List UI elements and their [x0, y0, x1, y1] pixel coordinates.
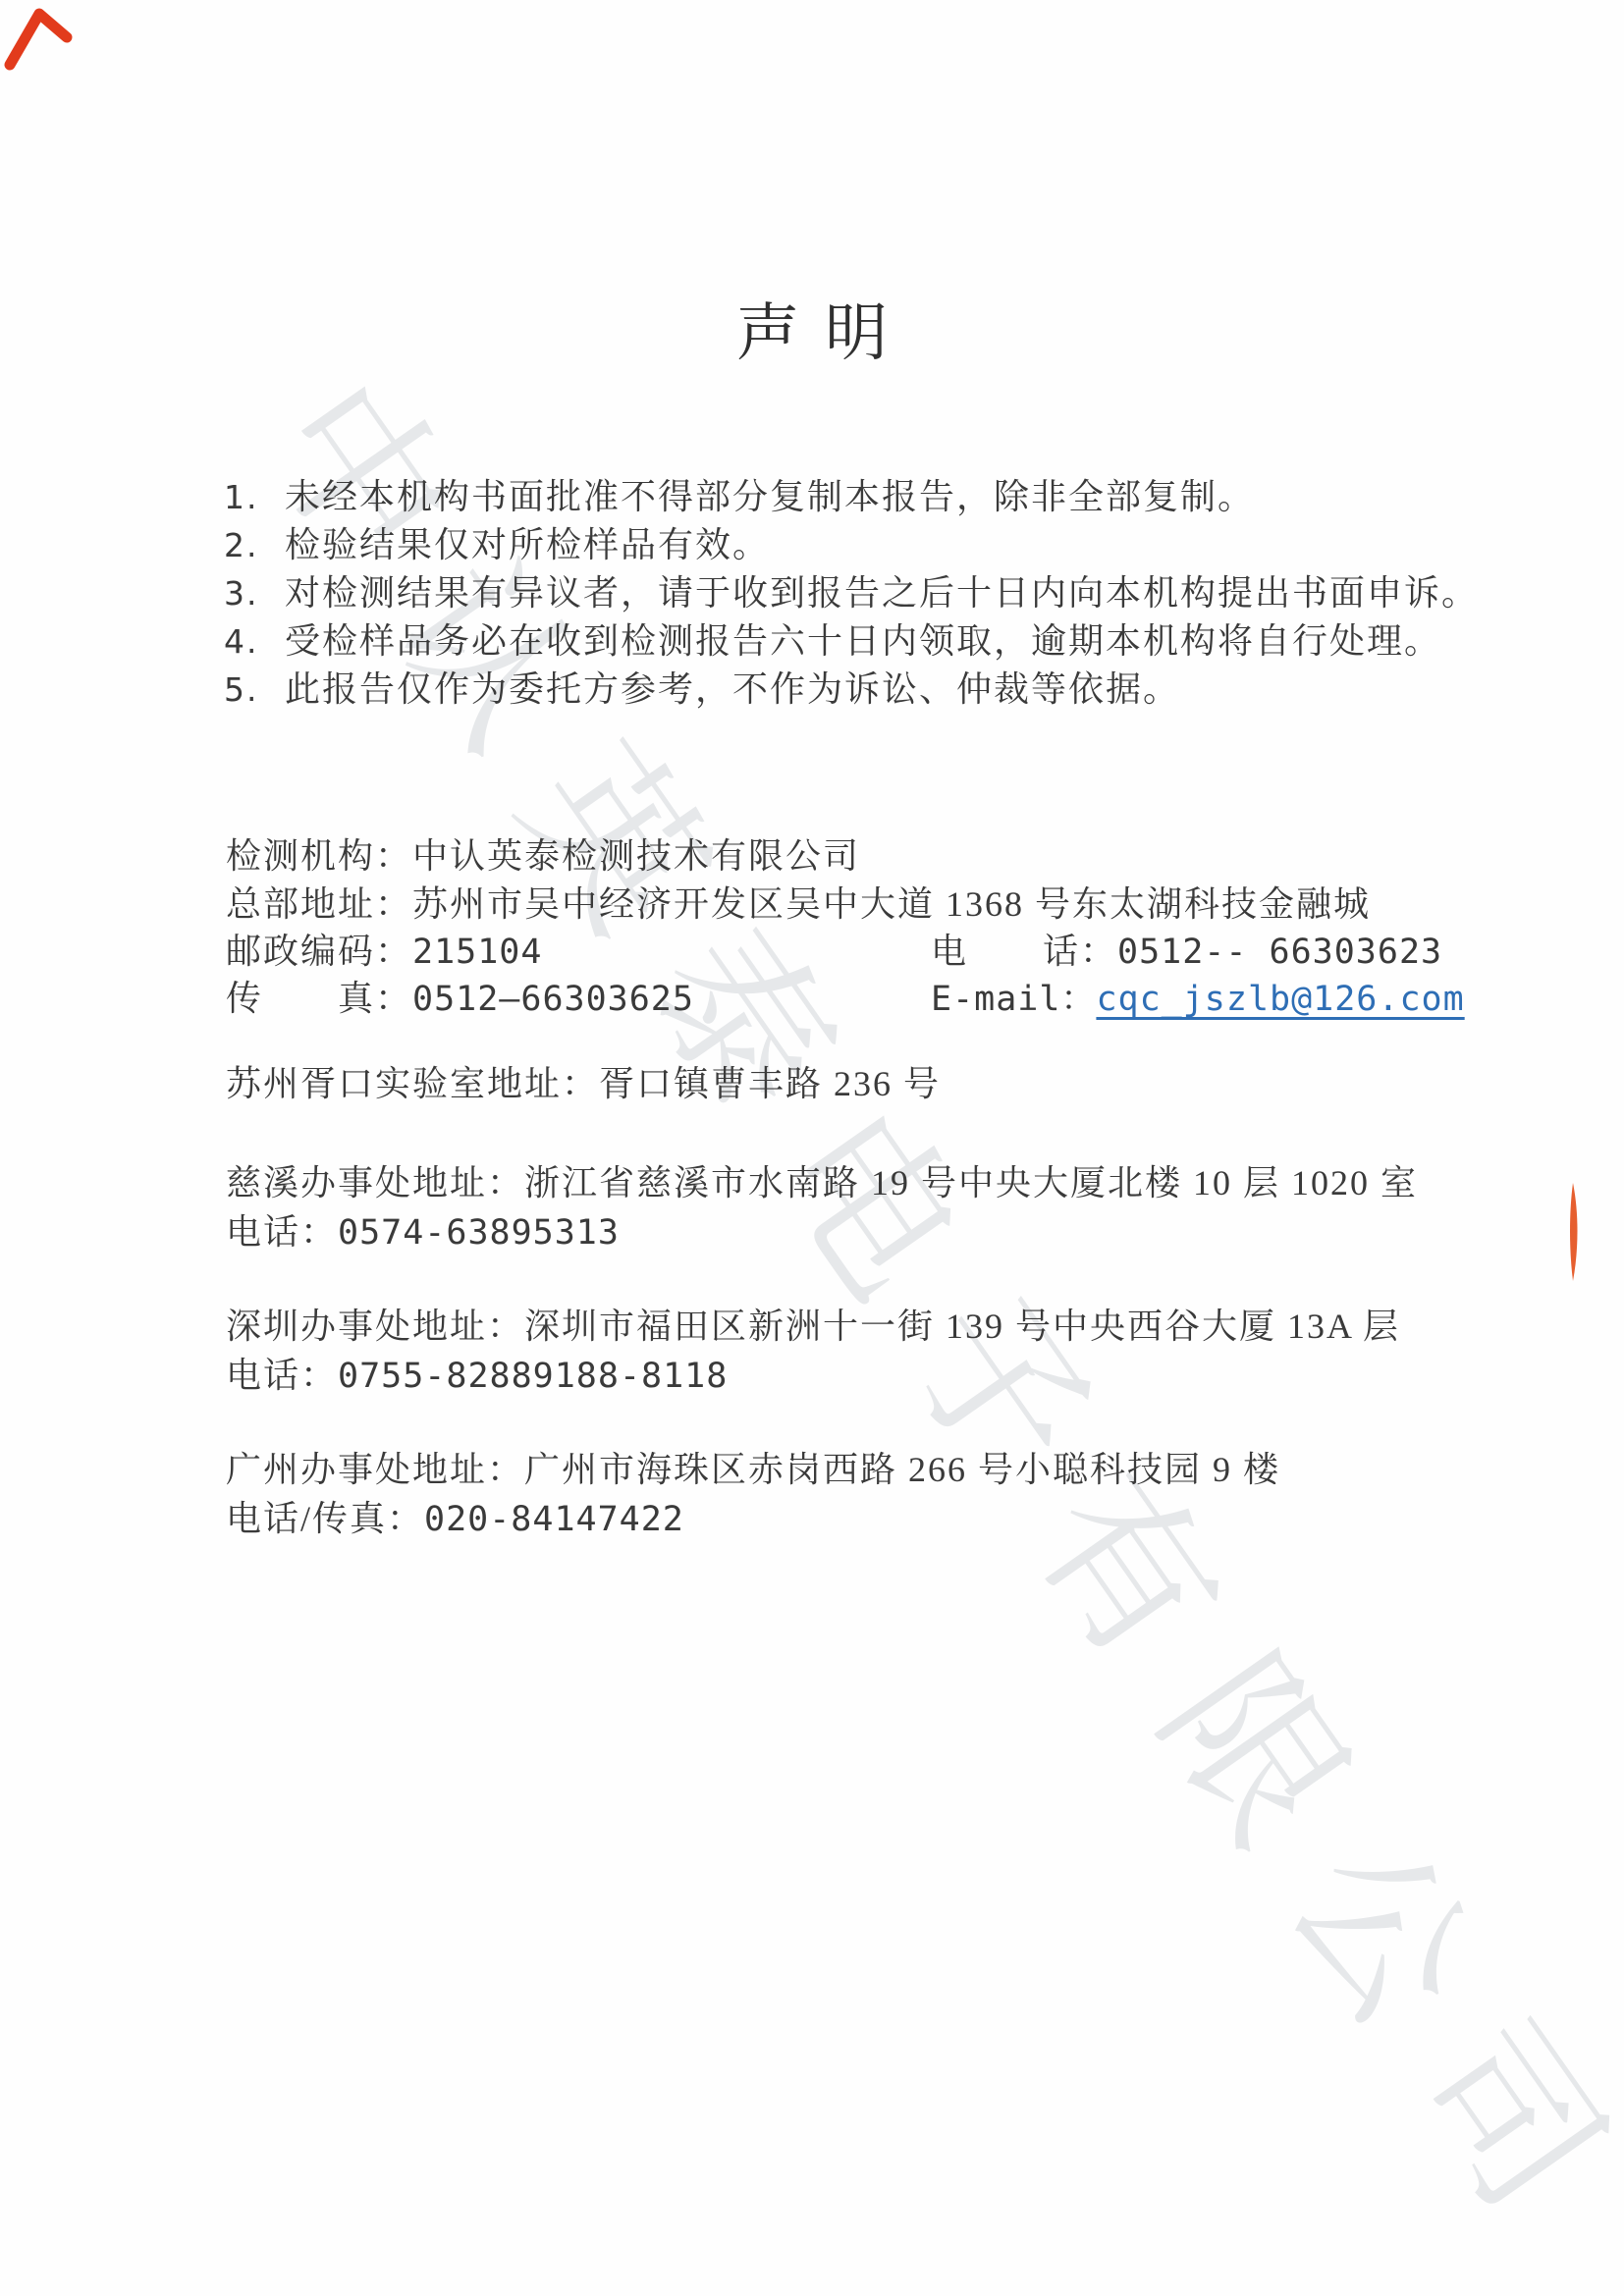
statement-item: 3. 对检测结果有异议者，请于收到报告之后十日内向本机构提出书面申诉。: [224, 569, 1479, 617]
statement-number: 5.: [224, 666, 285, 714]
office-cixi-tel-value: 0574-63895313: [338, 1213, 620, 1253]
agency-org-line: 检测机构：中认英泰检测技术有限公司: [226, 832, 860, 880]
statement-text: 检验结果仅对所检样品有效。: [285, 521, 770, 569]
agency-fax-value: 0512—66303625: [412, 980, 694, 1019]
agency-phone-label: 电 话：: [931, 932, 1117, 971]
agency-org-value: 中认英泰检测技术有限公司: [412, 836, 860, 876]
office-cixi-tel-line: 电话：0574-63895313: [226, 1208, 620, 1255]
statement-item: 5. 此报告仅作为委托方参考，不作为诉讼、仲裁等依据。: [224, 666, 1479, 714]
lab-address-value: 胥口镇曹丰路 236 号: [599, 1064, 941, 1103]
statement-item: 4. 受检样品务必在收到检测报告六十日内领取，逾期本机构将自行处理。: [224, 617, 1479, 666]
agency-phone-line: 电 话：0512-- 66303623: [931, 928, 1442, 975]
agency-hq-line: 总部地址：苏州市吴中经济开发区吴中大道 1368 号东太湖科技金融城: [226, 881, 1371, 928]
agency-org-label: 检测机构：: [226, 836, 412, 876]
statements-list: 1. 未经本机构书面批准不得部分复制本报告，除非全部复制。 2. 检验结果仅对所…: [224, 473, 1479, 714]
office-shenzhen-tel-label: 电话：: [226, 1356, 338, 1395]
agency-postal-value: 215104: [412, 933, 542, 972]
office-cixi-tel-label: 电话：: [226, 1212, 338, 1252]
orange-edge-mark-icon: [1563, 1183, 1583, 1281]
office-shenzhen-address-label: 深圳办事处地址：: [226, 1307, 524, 1346]
agency-phone-value: 0512-- 66303623: [1117, 933, 1442, 972]
office-shenzhen-address-line: 深圳办事处地址：深圳市福田区新洲十一街 139 号中央西谷大厦 13A 层: [226, 1303, 1400, 1350]
office-cixi-address-line: 慈溪办事处地址：浙江省慈溪市水南路 19 号中央大厦北楼 10 层 1020 室: [226, 1159, 1418, 1206]
statement-number: 1.: [224, 473, 285, 521]
office-guangzhou-address-line: 广州办事处地址：广州市海珠区赤岗西路 266 号小聪科技园 9 楼: [226, 1446, 1280, 1493]
office-guangzhou-tel-line: 电话/传真：020-84147422: [226, 1495, 684, 1542]
statement-item: 2. 检验结果仅对所检样品有效。: [224, 521, 1479, 569]
agency-email-line: E-mail：cqc_jszlb@126.com: [931, 975, 1465, 1022]
office-guangzhou-tel-label: 电话/传真：: [226, 1499, 424, 1538]
office-guangzhou-address-value: 广州市海珠区赤岗西路 266 号小聪科技园 9 楼: [524, 1450, 1280, 1489]
agency-hq-label: 总部地址：: [226, 884, 412, 924]
agency-postal-line: 邮政编码：215104: [226, 928, 542, 975]
lab-address-line: 苏州胥口实验室地址：胥口镇曹丰路 236 号: [226, 1060, 941, 1107]
lab-address-label: 苏州胥口实验室地址：: [226, 1064, 599, 1103]
statement-text: 受检样品务必在收到检测报告六十日内领取，逾期本机构将自行处理。: [285, 617, 1441, 666]
statement-page: 中认英泰电子有限公司 声明 1. 未经本机构书面批准不得部分复制本报告，除非全部…: [0, 0, 1624, 2296]
office-cixi-address-label: 慈溪办事处地址：: [226, 1163, 524, 1202]
office-shenzhen-tel-value: 0755-82889188-8118: [338, 1357, 728, 1396]
office-shenzhen-tel-line: 电话：0755-82889188-8118: [226, 1352, 728, 1399]
agency-email-label: E-mail：: [931, 980, 1096, 1019]
agency-postal-label: 邮政编码：: [226, 932, 412, 971]
statement-number: 2.: [224, 521, 285, 569]
statement-number: 4.: [224, 617, 285, 666]
agency-fax-label: 传 真：: [226, 979, 412, 1018]
red-corner-mark-icon: [4, 4, 73, 73]
statement-text: 此报告仅作为委托方参考，不作为诉讼、仲裁等依据。: [285, 666, 1180, 714]
office-guangzhou-address-label: 广州办事处地址：: [226, 1450, 524, 1489]
statement-item: 1. 未经本机构书面批准不得部分复制本报告，除非全部复制。: [224, 473, 1479, 521]
office-shenzhen-address-value: 深圳市福田区新洲十一街 139 号中央西谷大厦 13A 层: [524, 1307, 1400, 1346]
statement-text: 对检测结果有异议者，请于收到报告之后十日内向本机构提出书面申诉。: [285, 569, 1479, 617]
page-title: 声明: [0, 283, 1624, 373]
agency-hq-value: 苏州市吴中经济开发区吴中大道 1368 号东太湖科技金融城: [412, 884, 1371, 924]
office-cixi-address-value: 浙江省慈溪市水南路 19 号中央大厦北楼 10 层 1020 室: [524, 1163, 1418, 1202]
agency-email-link[interactable]: cqc_jszlb@126.com: [1096, 980, 1464, 1019]
agency-fax-line: 传 真：0512—66303625: [226, 975, 694, 1022]
office-guangzhou-tel-value: 020-84147422: [424, 1500, 684, 1539]
statement-number: 3.: [224, 569, 285, 617]
statement-text: 未经本机构书面批准不得部分复制本报告，除非全部复制。: [285, 473, 1255, 521]
